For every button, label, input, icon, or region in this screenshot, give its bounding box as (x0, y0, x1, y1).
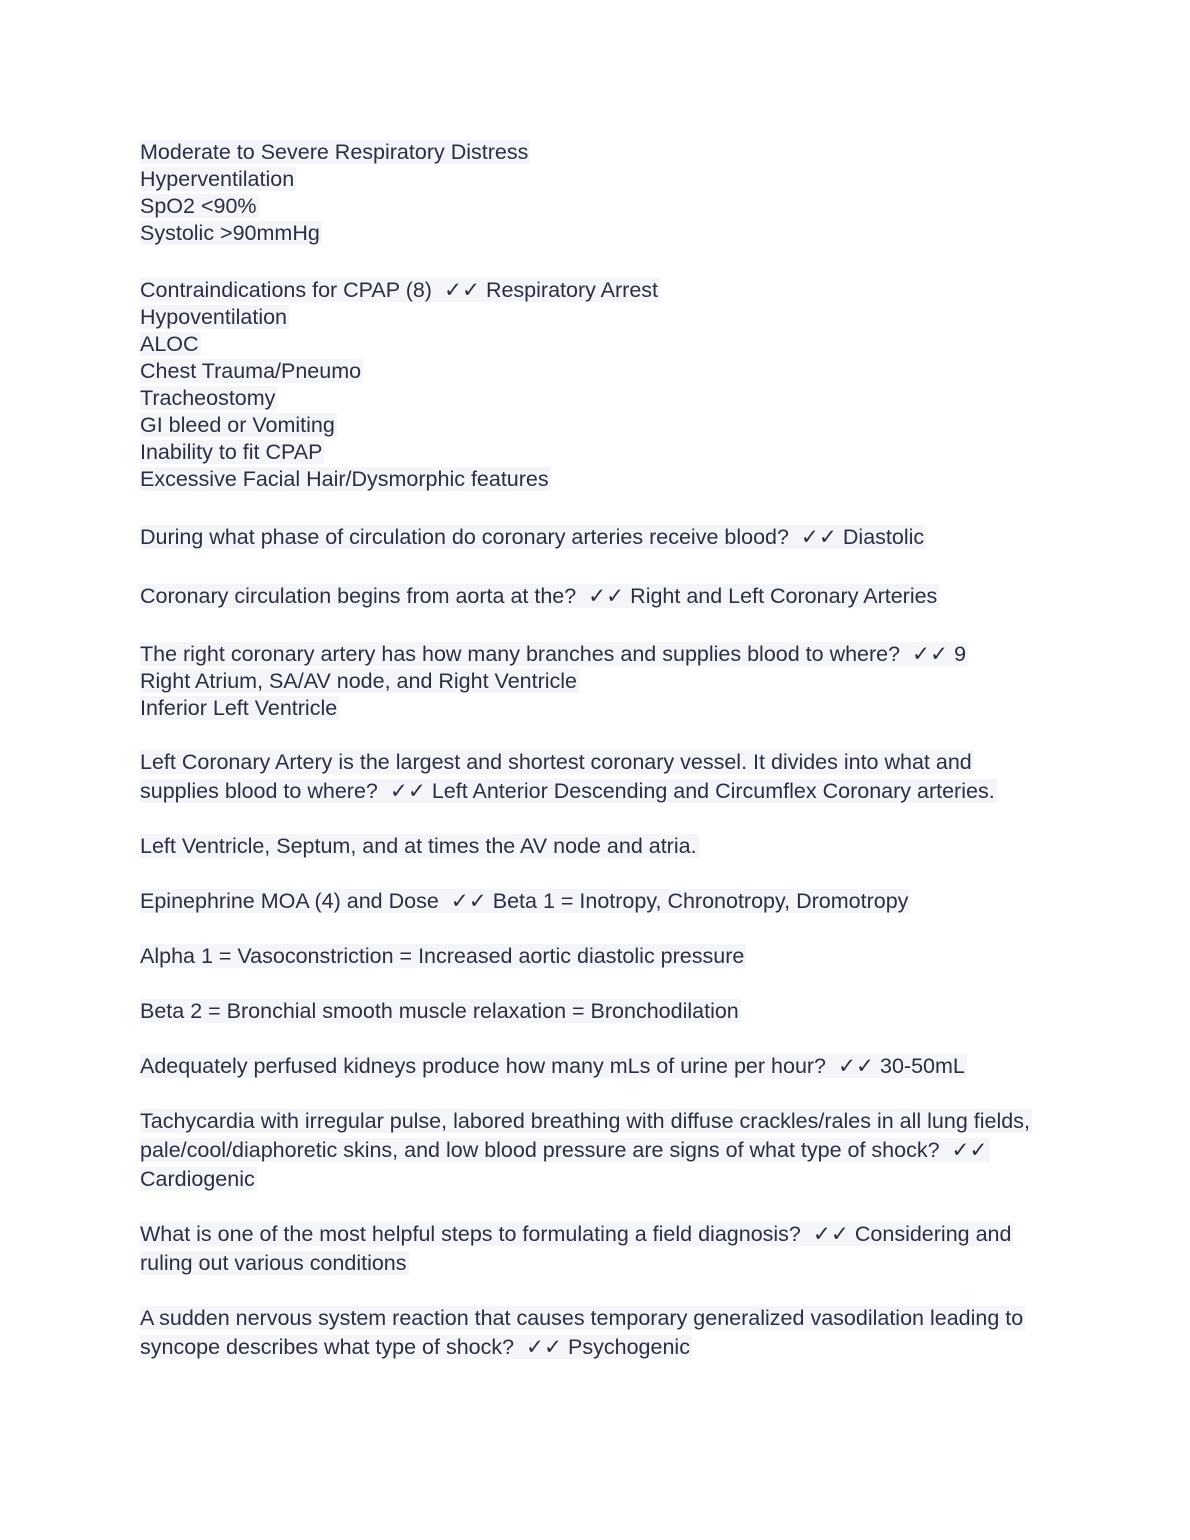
indication-item: Hyperventilation (140, 167, 296, 191)
double-check-icon: ✓✓ (526, 1335, 562, 1359)
contraindication-item: Hypoventilation (140, 305, 289, 329)
double-check-icon: ✓✓ (444, 278, 480, 302)
qa-item: The right coronary artery has how many b… (140, 641, 1050, 722)
contraindication-item: ALOC (140, 332, 201, 356)
standalone-line: Beta 2 = Bronchial smooth muscle relaxat… (140, 997, 1050, 1026)
note-text: Left Ventricle, Septum, and at times the… (140, 834, 699, 858)
contraindication-item: Inability to fit CPAP (140, 440, 324, 464)
indication-item: Systolic >90mmHg (140, 221, 322, 245)
qa-item: Coronary circulation begins from aorta a… (140, 582, 1050, 611)
qa-item: Epinephrine MOA (4) and Dose ✓✓ Beta 1 =… (140, 887, 1050, 916)
document-page: Moderate to Severe Respiratory Distress … (140, 139, 1050, 1362)
qa-item: Tachycardia with irregular pulse, labore… (140, 1107, 1050, 1194)
double-check-icon: ✓✓ (390, 779, 426, 803)
indication-item: SpO2 <90% (140, 194, 259, 218)
standalone-line: Alpha 1 = Vasoconstriction = Increased a… (140, 942, 1050, 971)
cpap-indications: Moderate to Severe Respiratory Distress … (140, 139, 1050, 247)
answer-text: Psychogenic (568, 1335, 690, 1359)
answer-text: Beta 1 = Inotropy, Chronotropy, Dromotro… (493, 889, 909, 913)
question-text: Tachycardia with irregular pulse, labore… (140, 1109, 1030, 1162)
standalone-line: Left Ventricle, Septum, and at times the… (140, 832, 1050, 861)
contraindication-item: Chest Trauma/Pneumo (140, 359, 363, 383)
qa-item: Left Coronary Artery is the largest and … (140, 748, 1050, 806)
answer-line: Inferior Left Ventricle (140, 696, 339, 720)
double-check-icon: ✓✓ (588, 584, 624, 608)
question-text: Adequately perfused kidneys produce how … (140, 1054, 826, 1078)
answer-text: Cardiogenic (140, 1167, 255, 1191)
note-text: Alpha 1 = Vasoconstriction = Increased a… (140, 944, 746, 968)
question-text: Contraindications for CPAP (8) (140, 278, 432, 302)
indication-item: Moderate to Severe Respiratory Distress (140, 140, 530, 164)
question-text: What is one of the most helpful steps to… (140, 1222, 801, 1246)
answer-line: Right Atrium, SA/AV node, and Right Vent… (140, 669, 579, 693)
answer-text: Right and Left Coronary Arteries (630, 584, 937, 608)
double-check-icon: ✓✓ (451, 889, 487, 913)
question-text: During what phase of circulation do coro… (140, 525, 789, 549)
double-check-icon: ✓✓ (813, 1222, 849, 1246)
answer-text: Respiratory Arrest (486, 278, 658, 302)
answer-text: 30-50mL (880, 1054, 965, 1078)
double-check-icon: ✓✓ (912, 642, 948, 666)
double-check-icon: ✓✓ (838, 1054, 874, 1078)
qa-item: Adequately perfused kidneys produce how … (140, 1052, 1050, 1081)
double-check-icon: ✓✓ (801, 525, 837, 549)
qa-item: During what phase of circulation do coro… (140, 523, 1050, 552)
question-text: Epinephrine MOA (4) and Dose (140, 889, 439, 913)
contraindication-item: Excessive Facial Hair/Dysmorphic feature… (140, 467, 551, 491)
answer-text: Diastolic (843, 525, 924, 549)
question-text: Coronary circulation begins from aorta a… (140, 584, 576, 608)
question-text: The right coronary artery has how many b… (140, 642, 900, 666)
contraindication-item: GI bleed or Vomiting (140, 413, 337, 437)
contraindication-item: Tracheostomy (140, 386, 277, 410)
cpap-contraindications: Contraindications for CPAP (8) ✓✓ Respir… (140, 277, 1050, 493)
qa-item: A sudden nervous system reaction that ca… (140, 1304, 1050, 1362)
double-check-icon: ✓✓ (952, 1138, 988, 1162)
note-text: Beta 2 = Bronchial smooth muscle relaxat… (140, 999, 741, 1023)
answer-text: 9 (954, 642, 966, 666)
answer-text: Left Anterior Descending and Circumflex … (432, 779, 995, 803)
qa-item: What is one of the most helpful steps to… (140, 1220, 1050, 1278)
